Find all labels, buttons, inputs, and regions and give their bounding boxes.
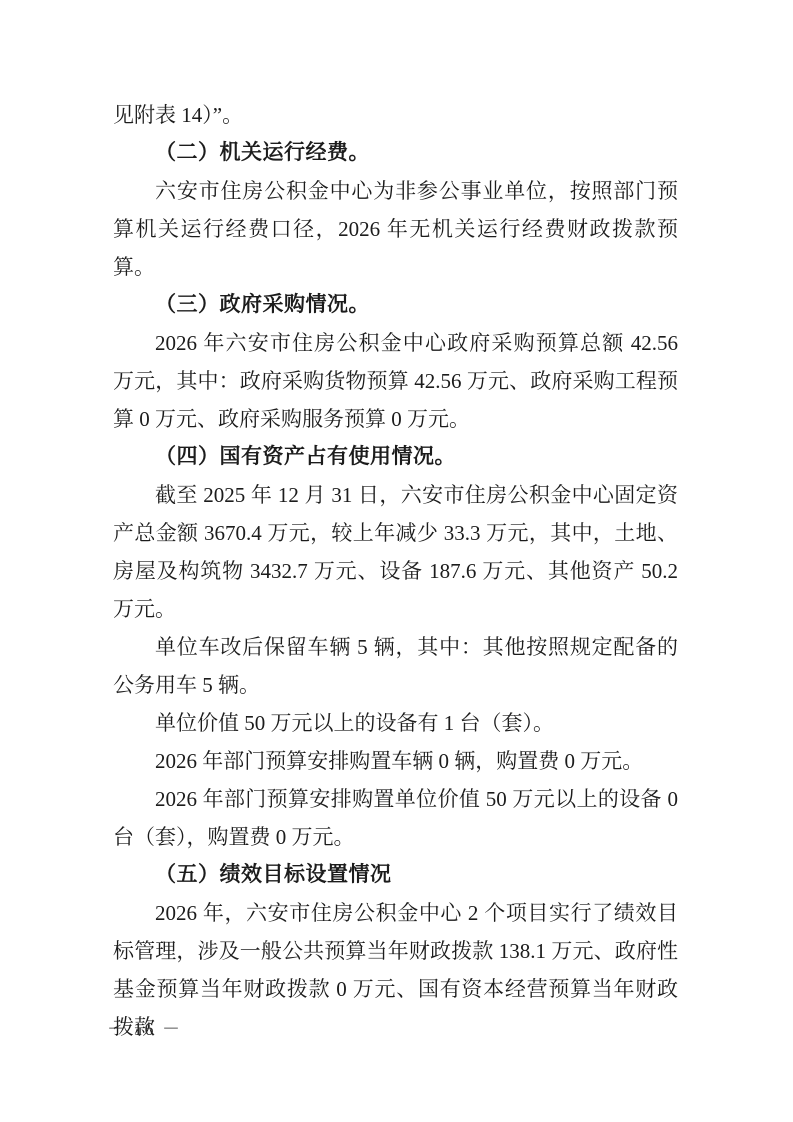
page-footer: － 16 －: [107, 1010, 182, 1048]
paragraph-continued: 见附表 14）”。: [113, 96, 678, 134]
paragraph: 2026 年六安市住房公积金中心政府采购预算总额 42.56 万元，其中：政府采…: [113, 324, 678, 438]
paragraph: 2026 年部门预算安排购置单位价值 50 万元以上的设备 0 台（套），购置费…: [113, 780, 678, 856]
paragraph: 2026 年部门预算安排购置车辆 0 辆，购置费 0 万元。: [113, 742, 678, 780]
paragraph: 单位价值 50 万元以上的设备有 1 台（套）。: [113, 704, 678, 742]
paragraph: 六安市住房公积金中心为非参公事业单位，按照部门预算机关运行经费口径，2026 年…: [113, 172, 678, 286]
paragraph: 单位车改后保留车辆 5 辆，其中：其他按照规定配备的公务用车 5 辆。: [113, 628, 678, 704]
paragraph: 截至 2025 年 12 月 31 日，六安市住房公积金中心固定资产总金额 36…: [113, 476, 678, 628]
paragraph: 2026 年，六安市住房公积金中心 2 个项目实行了绩效目标管理，涉及一般公共预…: [113, 894, 678, 1046]
document-page: 见附表 14）”。 （二）机关运行经费。 六安市住房公积金中心为非参公事业单位，…: [0, 0, 793, 1122]
section-heading-2: （二）机关运行经费。: [113, 134, 678, 172]
document-body: 见附表 14）”。 （二）机关运行经费。 六安市住房公积金中心为非参公事业单位，…: [113, 96, 678, 1046]
page-number: － 16 －: [107, 1010, 182, 1048]
section-heading-5: （五）绩效目标设置情况: [113, 856, 678, 894]
section-heading-4: （四）国有资产占有使用情况。: [113, 438, 678, 476]
section-heading-3: （三）政府采购情况。: [113, 286, 678, 324]
